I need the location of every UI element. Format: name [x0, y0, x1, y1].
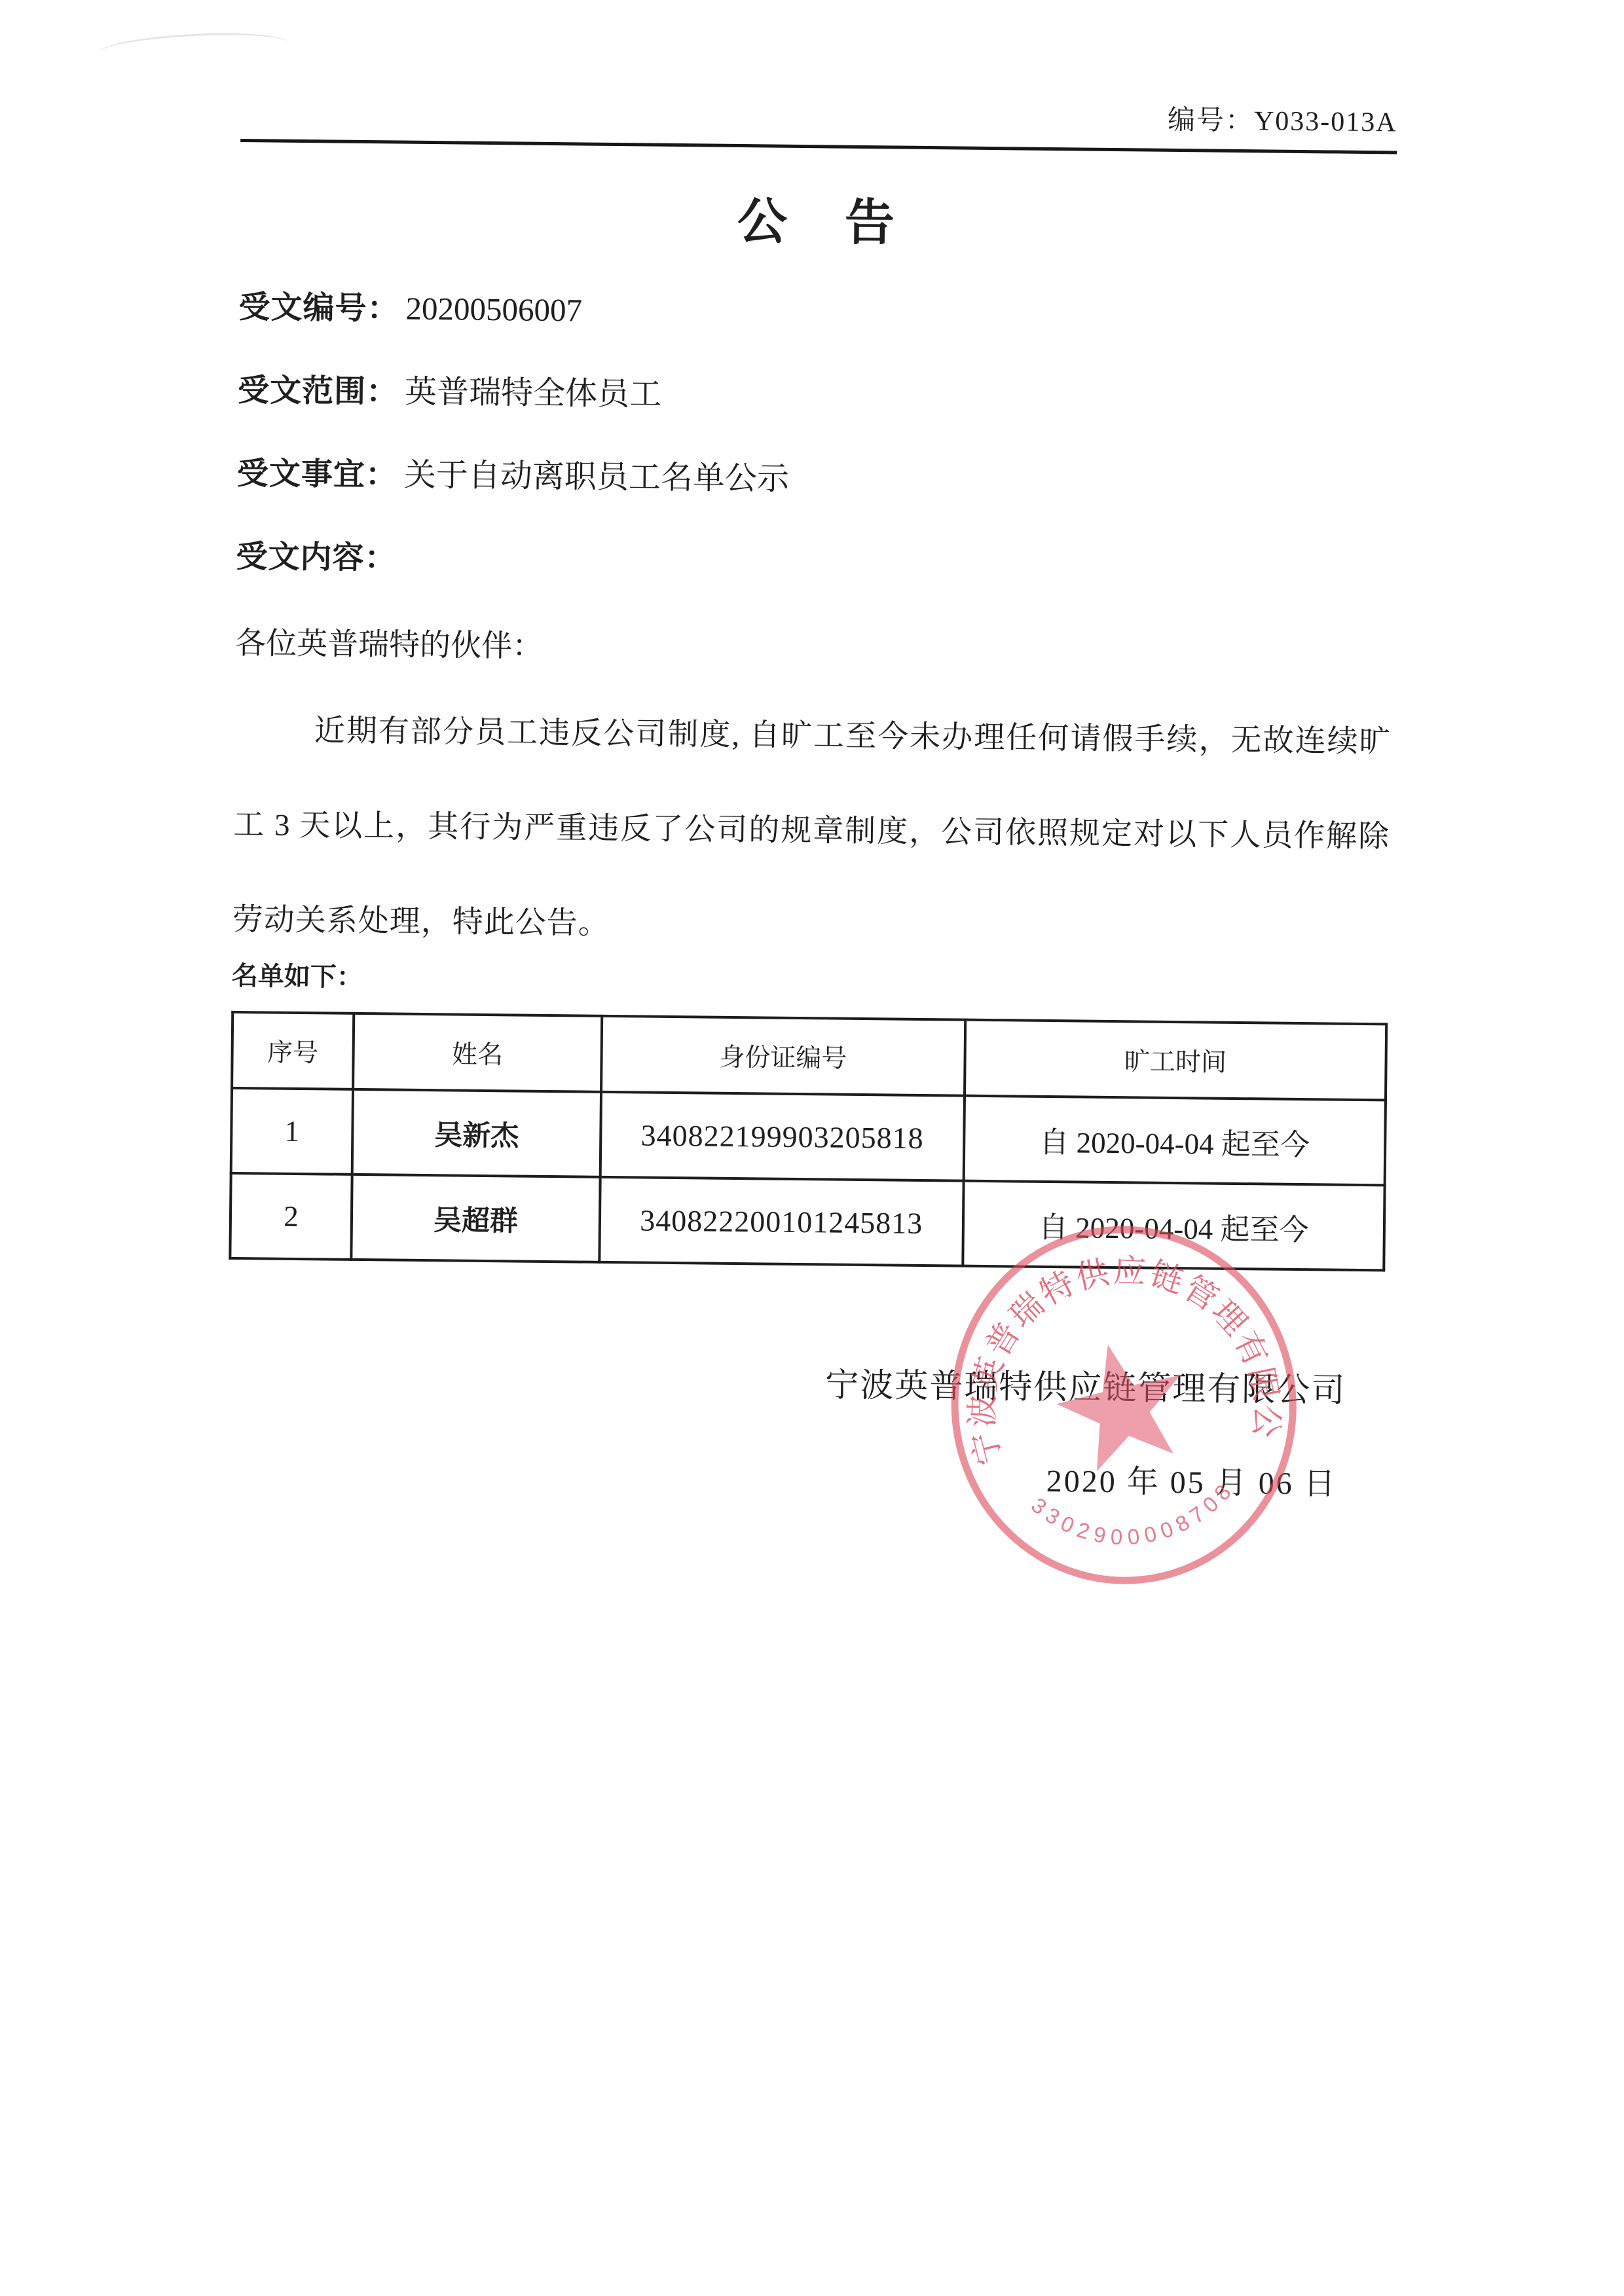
table-header-absence-time: 旷工时间 [965, 1020, 1386, 1101]
row1-seq: 1 [231, 1088, 353, 1175]
doc-reference-number: 编号：Y033-013A [240, 92, 1397, 154]
table-header-seq: 序号 [232, 1012, 354, 1089]
field-scope-value: 英普瑞特全体员工 [398, 374, 662, 412]
row1-name: 吴新杰 [352, 1089, 601, 1177]
field-scope: 受文范围：英普瑞特全体员工 [238, 369, 1395, 424]
row2-absence-time: 自 2020-04-04 起至今 [963, 1181, 1384, 1271]
table-row: 2 吴超群 340822200101245813 自 2020-04-04 起至… [230, 1173, 1384, 1270]
signature-date: 2020 年 05 月 06 日 [227, 1452, 1384, 1506]
dismissed-employees-table: 序号 姓名 身份证编号 旷工时间 1 吴新杰 34082219990320581… [229, 1011, 1388, 1271]
field-doc-number-label: 受文编号： [238, 290, 399, 327]
row1-absence-time: 自 2020-04-04 起至今 [963, 1096, 1385, 1186]
field-scope-label: 受文范围： [238, 373, 399, 410]
field-doc-number: 受文编号：20200506007 [238, 286, 1395, 340]
greeting-line: 各位英普瑞特的伙伴： [235, 624, 1392, 675]
scan-smudge-artifact [98, 29, 289, 67]
row1-id: 340822199903205818 [600, 1092, 964, 1181]
field-subject-label: 受文事宜： [237, 456, 398, 493]
row2-id: 340822200101245813 [599, 1177, 963, 1266]
signature-company-name: 宁波英普瑞特供应链管理有限公司 [227, 1358, 1384, 1413]
field-content-value [396, 540, 403, 576]
row2-seq: 2 [230, 1173, 352, 1260]
field-subject: 受文事宜：关于自动离职员工名单公示 [237, 452, 1394, 507]
document-content: 编号：Y033-013A 公 告 受文编号：20200506007 受文范围：英… [227, 92, 1397, 1506]
scanned-announcement-page: 编号：Y033-013A 公 告 受文编号：20200506007 受文范围：英… [0, 0, 1624, 2296]
table-header-name: 姓名 [353, 1013, 602, 1092]
body-paragraph: 近期有部分员工违反公司制度, 自旷工至今未办理任何请假手续，无故连续旷工 3 天… [232, 683, 1391, 979]
page-title: 公 告 [239, 180, 1396, 265]
row2-name: 吴超群 [351, 1175, 600, 1262]
field-content: 受文内容： [236, 536, 1393, 590]
table-header-id: 身份证编号 [601, 1016, 965, 1096]
table-header-row: 序号 姓名 身份证编号 旷工时间 [232, 1012, 1386, 1100]
table-row: 1 吴新杰 340822199903205818 自 2020-04-04 起至… [231, 1088, 1386, 1185]
field-subject-value: 关于自动离职员工名单公示 [397, 457, 790, 497]
field-content-label: 受文内容： [236, 539, 397, 576]
field-doc-number-value: 20200506007 [399, 291, 582, 329]
